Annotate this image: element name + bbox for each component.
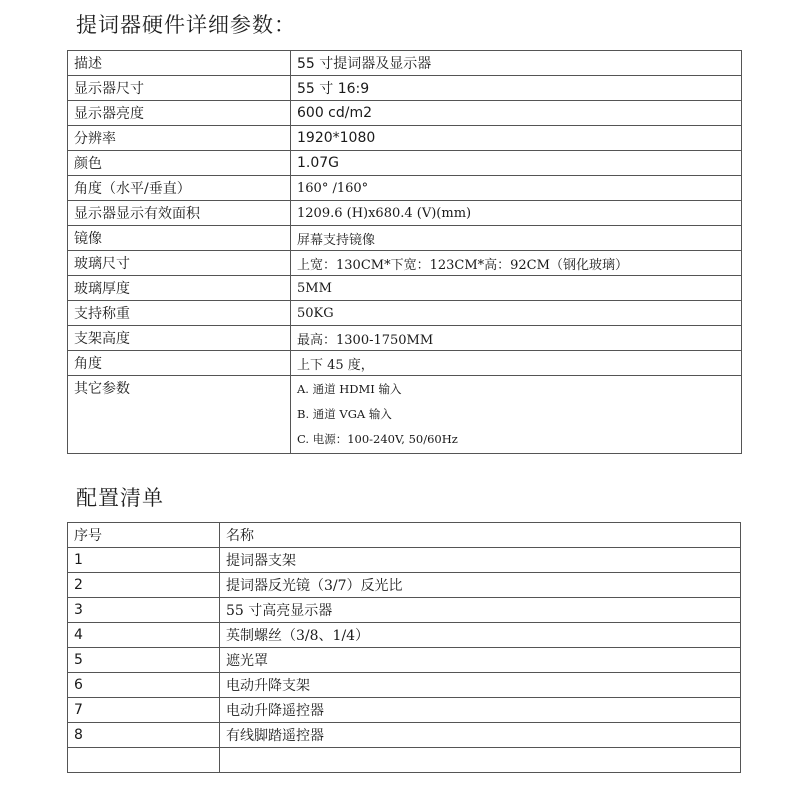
other-item: C. 电源：100-240V, 50/60Hz	[297, 428, 741, 453]
table-row: 3 55 寸高亮显示器	[68, 598, 741, 623]
spec-value: 160° /160°	[291, 176, 742, 201]
table-row: 4 英制螺丝（3/8、1/4）	[68, 623, 741, 648]
spec-label: 镜像	[68, 226, 291, 251]
table-row: 7 电动升降遥控器	[68, 698, 741, 723]
spec-value: 上下 45 度，	[291, 351, 742, 376]
table-row: 描述 55 寸提词器及显示器	[68, 51, 742, 76]
table-row: 分辨率 1920*1080	[68, 126, 742, 151]
spec-label: 显示器亮度	[68, 101, 291, 126]
spec-value: 1.07G	[291, 151, 742, 176]
item-name: 遮光罩	[220, 648, 741, 673]
item-no: 1	[68, 548, 220, 573]
table-row: 角度 上下 45 度，	[68, 351, 742, 376]
table-row-other: 其它参数 A. 通道 HDMI 输入 B. 通道 VGA 输入 C. 电源：10…	[68, 376, 742, 454]
item-name: 55 寸高亮显示器	[220, 598, 741, 623]
spec-label: 角度	[68, 351, 291, 376]
spec-label: 颜色	[68, 151, 291, 176]
item-name: 英制螺丝（3/8、1/4）	[220, 623, 741, 648]
item-no: 5	[68, 648, 220, 673]
spec-label: 描述	[68, 51, 291, 76]
spec-label: 支持称重	[68, 301, 291, 326]
spec-value: 1209.6 (H)x680.4 (V)(mm)	[291, 201, 742, 226]
other-item: B. 通道 VGA 输入	[297, 403, 741, 428]
spec-label: 显示器尺寸	[68, 76, 291, 101]
other-label: 其它参数	[74, 378, 290, 403]
spec-label: 支架高度	[68, 326, 291, 351]
table-row: 5 遮光罩	[68, 648, 741, 673]
empty-cell	[220, 748, 741, 773]
table-row: 角度（水平/垂直） 160° /160°	[68, 176, 742, 201]
table-row: 颜色 1.07G	[68, 151, 742, 176]
spec-value: 上宽：130CM*下宽：123CM*高：92CM（钢化玻璃）	[291, 251, 742, 276]
table-row: 镜像 屏幕支持镜像	[68, 226, 742, 251]
spec-value: 最高：1300-1750MM	[291, 326, 742, 351]
empty-cell	[68, 748, 220, 773]
spec-label: 玻璃尺寸	[68, 251, 291, 276]
spec-value: 屏幕支持镜像	[291, 226, 742, 251]
other-item: A. 通道 HDMI 输入	[297, 378, 741, 403]
list-section-title: 配置清单	[76, 482, 164, 512]
spec-section-title: 提词器硬件详细参数：	[76, 9, 296, 39]
table-row: 支架高度 最高：1300-1750MM	[68, 326, 742, 351]
header-no: 序号	[68, 523, 220, 548]
item-name: 提词器反光镜（3/7）反光比	[220, 573, 741, 598]
table-header-row: 序号 名称	[68, 523, 741, 548]
spec-value: 55 寸提词器及显示器	[291, 51, 742, 76]
spec-label: 分辨率	[68, 126, 291, 151]
spec-value-list: A. 通道 HDMI 输入 B. 通道 VGA 输入 C. 电源：100-240…	[291, 376, 742, 454]
item-name: 有线脚踏遥控器	[220, 723, 741, 748]
header-name: 名称	[220, 523, 741, 548]
spec-value: 50KG	[291, 301, 742, 326]
item-no: 3	[68, 598, 220, 623]
table-row: 6 电动升降支架	[68, 673, 741, 698]
table-row: 玻璃厚度 5MM	[68, 276, 742, 301]
spec-label: 显示器显示有效面积	[68, 201, 291, 226]
item-no: 2	[68, 573, 220, 598]
table-row: 8 有线脚踏遥控器	[68, 723, 741, 748]
item-name: 提词器支架	[220, 548, 741, 573]
spec-value: 600 cd/m2	[291, 101, 742, 126]
item-name: 电动升降遥控器	[220, 698, 741, 723]
spec-value: 5MM	[291, 276, 742, 301]
table-row: 2 提词器反光镜（3/7）反光比	[68, 573, 741, 598]
table-row: 显示器亮度 600 cd/m2	[68, 101, 742, 126]
table-row: 支持称重 50KG	[68, 301, 742, 326]
table-row: 显示器尺寸 55 寸 16:9	[68, 76, 742, 101]
spec-value: 1920*1080	[291, 126, 742, 151]
config-list-table: 序号 名称 1 提词器支架 2 提词器反光镜（3/7）反光比 3 55 寸高亮显…	[67, 522, 741, 773]
spec-label: 玻璃厚度	[68, 276, 291, 301]
item-no: 6	[68, 673, 220, 698]
spec-value: 55 寸 16:9	[291, 76, 742, 101]
item-no: 8	[68, 723, 220, 748]
spec-label: 其它参数	[68, 376, 291, 454]
item-name: 电动升降支架	[220, 673, 741, 698]
table-row: 显示器显示有效面积 1209.6 (H)x680.4 (V)(mm)	[68, 201, 742, 226]
item-no: 4	[68, 623, 220, 648]
table-row: 1 提词器支架	[68, 548, 741, 573]
item-no: 7	[68, 698, 220, 723]
table-row: 玻璃尺寸 上宽：130CM*下宽：123CM*高：92CM（钢化玻璃）	[68, 251, 742, 276]
spec-label: 角度（水平/垂直）	[68, 176, 291, 201]
spec-table: 描述 55 寸提词器及显示器 显示器尺寸 55 寸 16:9 显示器亮度 600…	[67, 50, 742, 454]
table-row-empty	[68, 748, 741, 773]
